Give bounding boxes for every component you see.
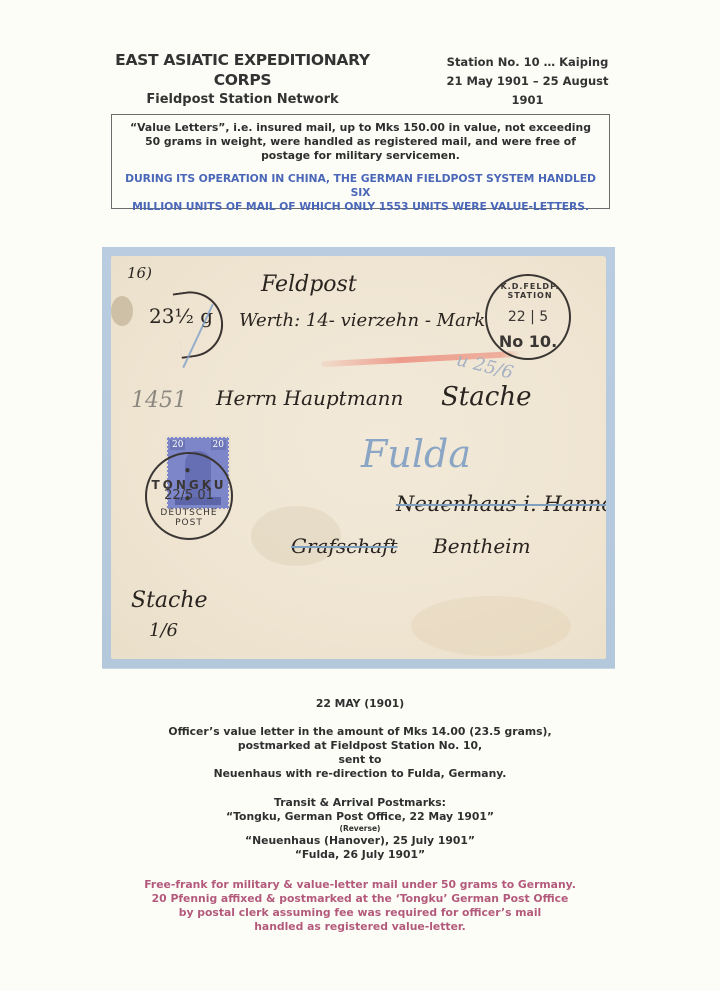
original-town: Neuenhaus i. Hannover: [396, 492, 606, 516]
info-line: “Value Letters”, i.e. insured mail, up t…: [122, 121, 599, 135]
corner-number: 16): [127, 264, 152, 282]
info-box: “Value Letters”, i.e. insured mail, up t…: [111, 114, 610, 209]
stamp-value: 20: [211, 440, 226, 450]
highlight-line: MILLION UNITS OF MAIL OF WHICH ONLY 1553…: [120, 200, 601, 214]
cover-description: Officer’s value letter in the amount of …: [110, 725, 610, 781]
note-line: 20 Pfennig affixed & postmarked at the ‘…: [110, 892, 610, 906]
redirect-destination: Fulda: [361, 432, 471, 476]
district: Bentheim: [433, 534, 531, 558]
registration-loop: [173, 287, 228, 359]
postmark-service: DEUTSCHE POST: [147, 508, 231, 528]
surname: Stache: [441, 382, 531, 412]
header-left: EAST ASIATIC EXPEDITIONARY CORPS Fieldpo…: [95, 50, 390, 110]
transit-line: “Tongku, German Post Office, 22 May 1901…: [110, 810, 610, 824]
description-line: Neuenhaus with re-direction to Fulda, Ge…: [110, 767, 610, 781]
info-paragraph: “Value Letters”, i.e. insured mail, up t…: [122, 121, 599, 163]
rate-note: Free-frank for military & value-letter m…: [110, 878, 610, 934]
postmark-date: 22/5 01: [147, 488, 231, 503]
stamp-value: 20: [170, 440, 185, 450]
postmark-number: No 10.: [487, 332, 569, 351]
envelope-mount: 16) 23½ g Feldpost Werth: 14- vierzehn -…: [102, 247, 615, 668]
description-line: Officer’s value letter in the amount of …: [110, 725, 610, 739]
stain: [411, 596, 571, 656]
postmark-arc-text: K.D.FELDP. STATION: [491, 282, 569, 300]
stain: [111, 296, 133, 326]
description-line: sent to: [110, 753, 610, 767]
postmark-date: 22 | 5: [487, 309, 569, 325]
addressee: Herrn Hauptmann: [216, 386, 403, 410]
info-line: postage for military servicemen.: [122, 149, 599, 163]
sender-name: Stache: [131, 588, 208, 613]
envelope-image: 16) 23½ g Feldpost Werth: 14- vierzehn -…: [111, 256, 606, 659]
description-line: postmarked at Fieldpost Station No. 10,: [110, 739, 610, 753]
value-declaration: Werth: 14- vierzehn - Mark: [239, 310, 485, 331]
reference-number: 1451: [131, 388, 187, 413]
station-period: 21 May 1901 – 25 August 1901: [430, 72, 625, 110]
info-highlight: DURING ITS OPERATION IN CHINA, THE GERMA…: [120, 172, 601, 214]
feldpost-heading: Feldpost: [261, 272, 357, 297]
transit-line: “Fulda, 26 July 1901”: [110, 848, 610, 862]
note-line: handled as registered value-letter.: [110, 920, 610, 934]
reverse-label: (Reverse): [110, 824, 610, 834]
transit-heading: Transit & Arrival Postmarks:: [110, 796, 610, 810]
tongku-postmark: • TONGKU • 22/5 01 DEUTSCHE POST: [145, 452, 233, 540]
info-line: 50 grams in weight, were handled as regi…: [122, 135, 599, 149]
header-right: Station No. 10 … Kaiping 21 May 1901 – 2…: [430, 53, 625, 110]
note-line: by postal clerk assuming fee was require…: [110, 906, 610, 920]
cover-date: 22 MAY (1901): [110, 697, 610, 711]
fieldpost-postmark: K.D.FELDP. STATION 22 | 5 No 10.: [485, 274, 571, 360]
page-title: EAST ASIATIC EXPEDITIONARY CORPS: [95, 50, 390, 90]
crossed-district: Grafschaft: [291, 534, 398, 558]
page-subtitle: Fieldpost Station Network: [95, 90, 390, 110]
station-label: Station No. 10 … Kaiping: [430, 53, 625, 72]
sender-date: 1/6: [149, 620, 178, 641]
highlight-line: DURING ITS OPERATION IN CHINA, THE GERMA…: [120, 172, 601, 200]
note-line: Free-frank for military & value-letter m…: [110, 878, 610, 892]
transit-postmarks: Transit & Arrival Postmarks: “Tongku, Ge…: [110, 796, 610, 862]
transit-line: “Neuenhaus (Hanover), 25 July 1901”: [110, 834, 610, 848]
